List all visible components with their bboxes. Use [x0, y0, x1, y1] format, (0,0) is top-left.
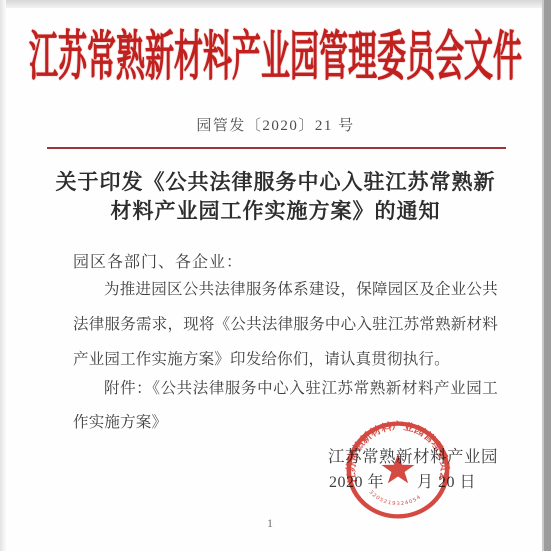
- notice-title-line1: 关于印发《公共法律服务中心入驻江苏常熟新: [36, 168, 515, 197]
- body-paragraph: 为推进园区公共法律服务体系建设，保障园区及企业公共法律服务需求，现将《公共法律服…: [73, 272, 498, 377]
- page-number: 1: [0, 516, 540, 531]
- document-number: 园管发〔2020〕21 号: [0, 114, 551, 135]
- red-divider-line: [47, 147, 506, 149]
- red-header-title: 江苏常熟新材料产业园管理委员会文件: [0, 0, 551, 132]
- seal-star-icon: [382, 454, 415, 484]
- notice-title: 关于印发《公共法律服务中心入驻江苏常熟新 材料产业园工作实施方案》的通知: [36, 168, 515, 226]
- svg-text:3205219324054: 3205219324054: [367, 489, 422, 507]
- scanned-document-page: 江苏常熟新材料产业园管理委员会文件 园管发〔2020〕21 号 关于印发《公共法…: [0, 0, 551, 551]
- official-red-seal-icon: 江苏常熟新材料产业园管理委员会 3205219324054: [344, 419, 452, 521]
- notice-title-line2: 材料产业园工作实施方案》的通知: [36, 197, 515, 226]
- seal-code: 3205219324054: [367, 489, 422, 507]
- salutation: 园区各部门、各企业：: [73, 249, 243, 272]
